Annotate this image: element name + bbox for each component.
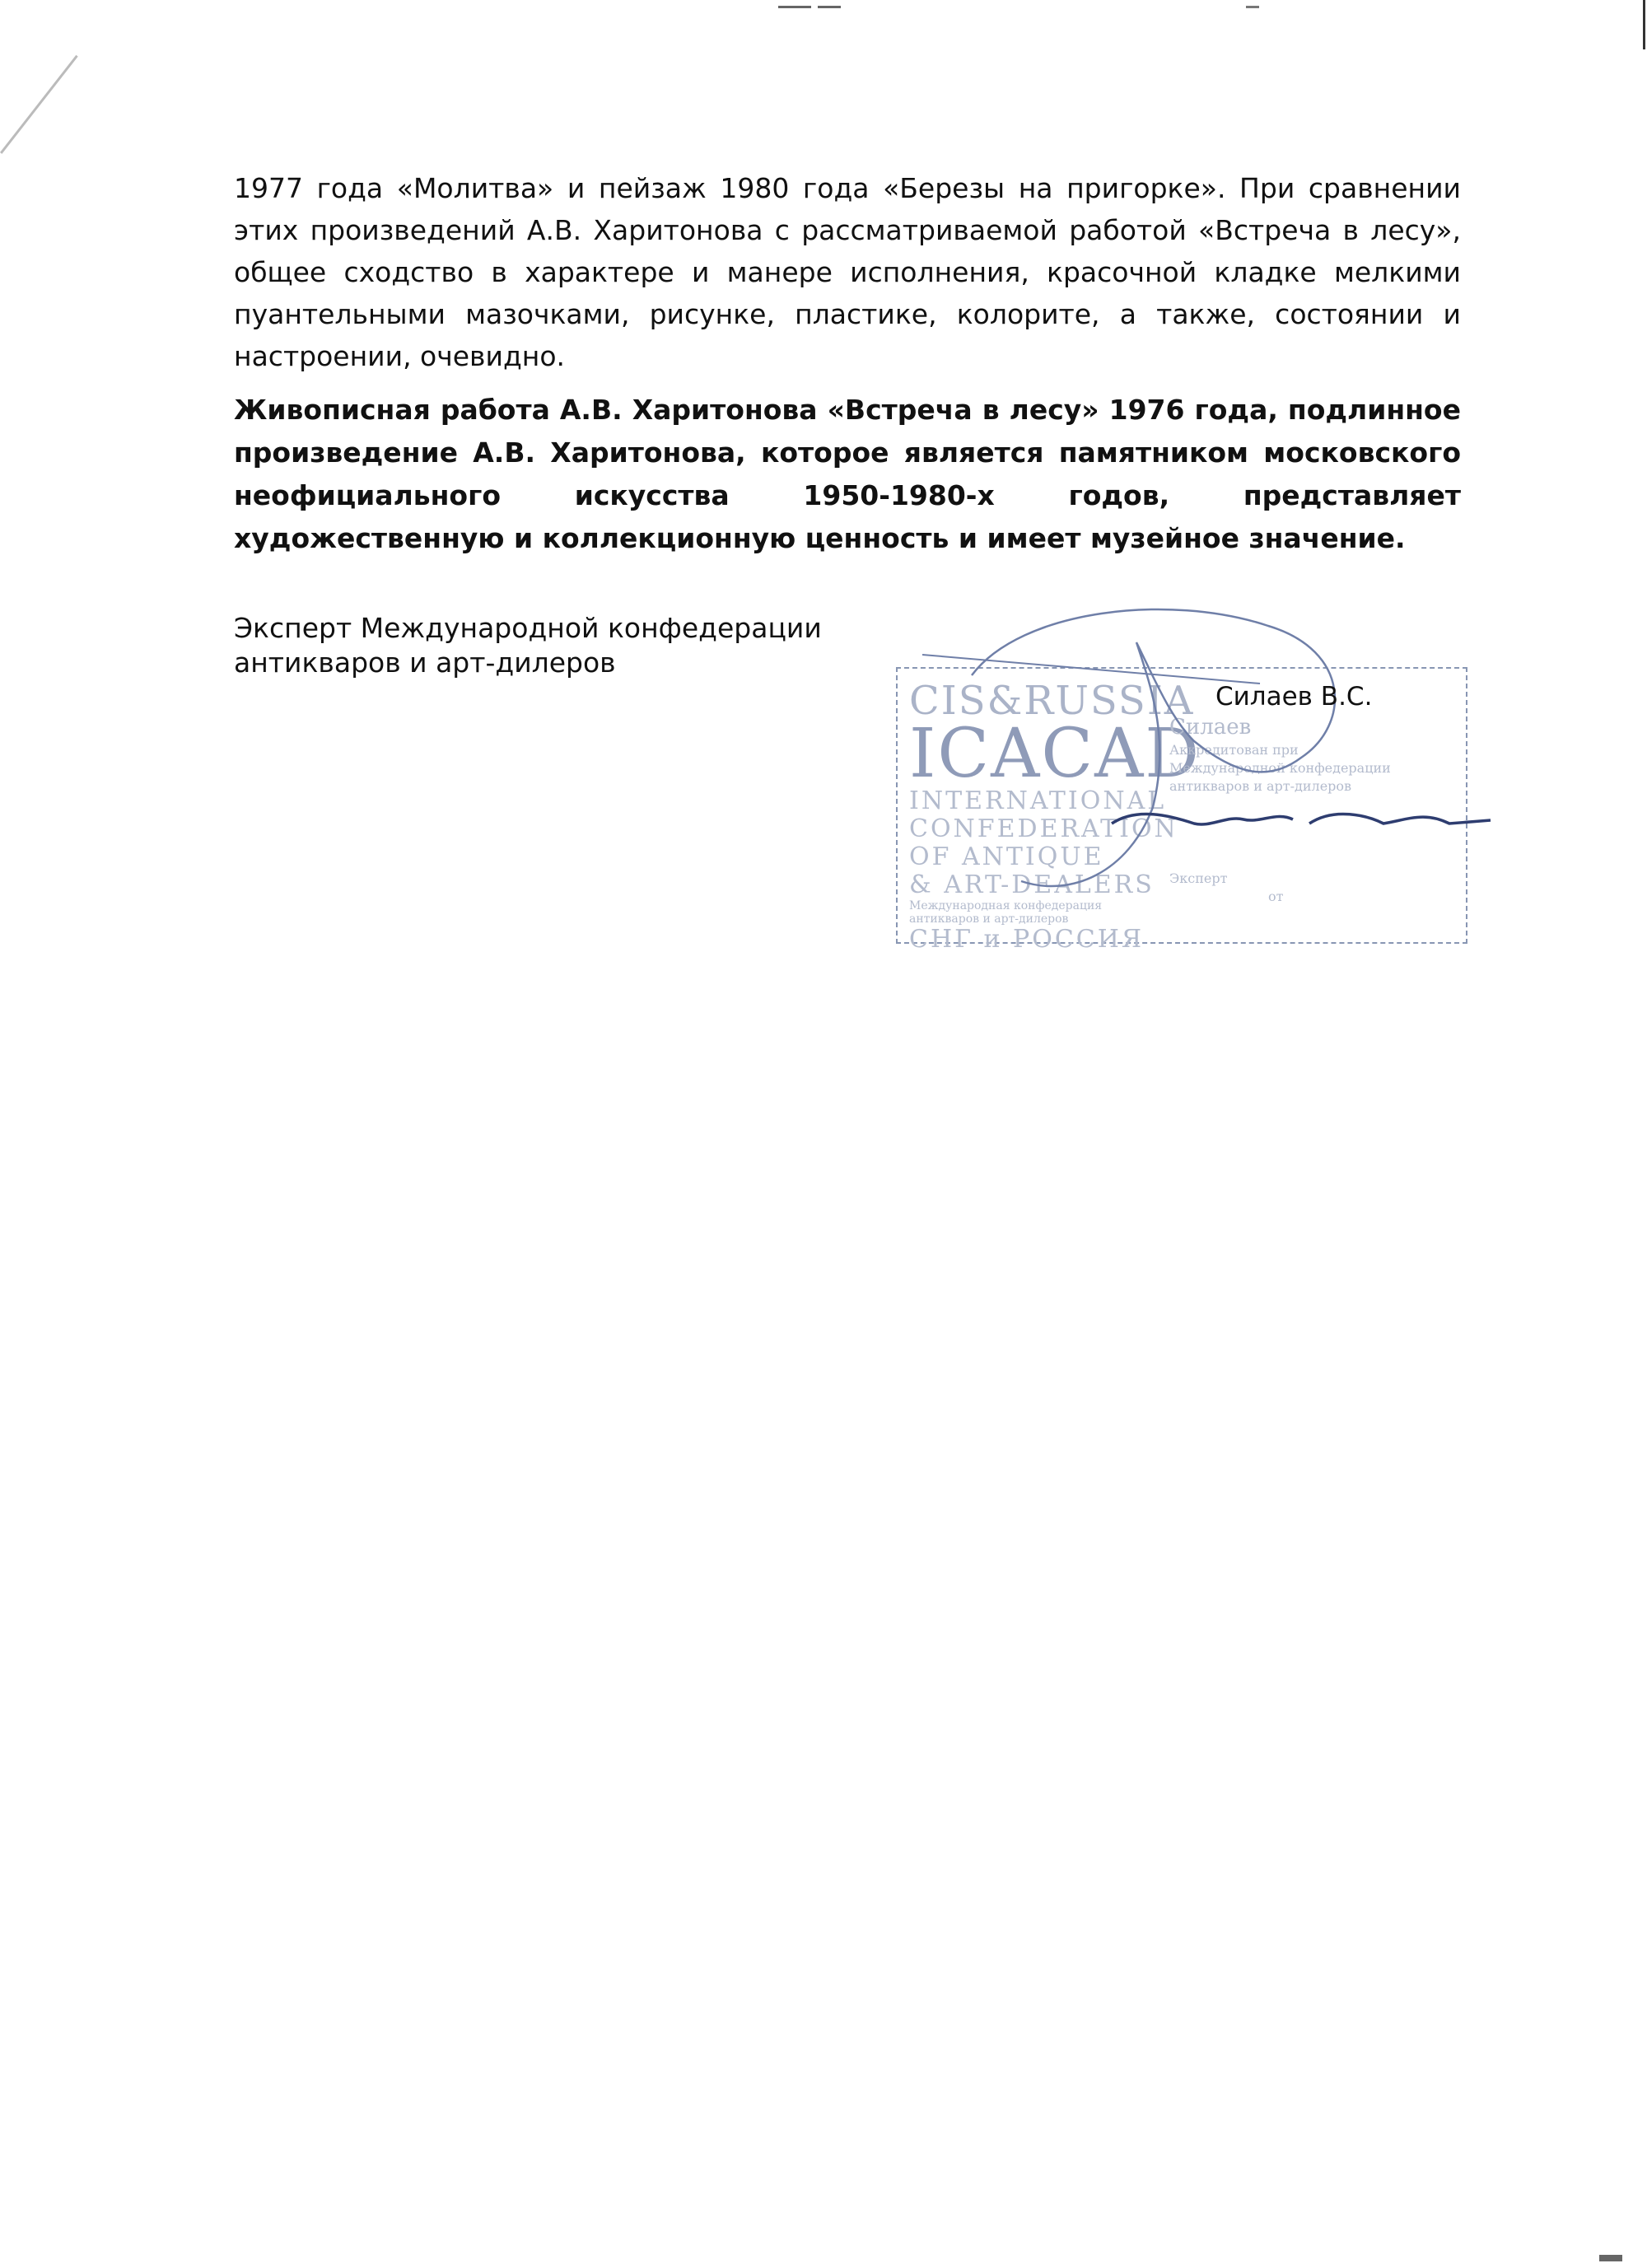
body-paragraph: 1977 года «Молитва» и пейзаж 1980 года «… (234, 167, 1461, 377)
stamp-line: & ART-DEALERS (909, 871, 1156, 899)
stamp-line: СНГ и РОССИЯ (909, 926, 1156, 954)
stamp-line: CONFEDERATION (909, 815, 1156, 843)
scan-artifact-top-left (0, 55, 78, 154)
stamp-text-block: Силаев Аккредитован при Международной ко… (1169, 684, 1458, 906)
stamp-line: антикваров и арт-дилеров (1169, 777, 1458, 796)
stamp-line: Международная конфедерация (909, 899, 1156, 912)
scan-artifact-top-1 (778, 6, 811, 8)
stamp-line: ICACAD (909, 721, 1156, 787)
stamp-logo-block: CIS&RUSSIA ICACAD INTERNATIONAL CONFEDER… (909, 680, 1156, 954)
stamp-line: от (1169, 888, 1458, 906)
expert-title: Эксперт Международной конфедерации антик… (234, 611, 822, 680)
stamp-line: INTERNATIONAL (909, 787, 1156, 815)
scan-artifact-right-edge (1643, 0, 1645, 49)
stamp-line: Эксперт (1169, 870, 1458, 888)
scan-artifact-top-2 (818, 6, 841, 8)
scan-artifact-bottom-right (1599, 2255, 1622, 2261)
expert-title-line-2: антикваров и арт-дилеров (234, 646, 822, 680)
stamp-line: Аккредитован при (1169, 741, 1458, 759)
stamp-line: Силаев (1169, 713, 1458, 741)
stamp-line: антикваров и арт-дилеров (909, 912, 1156, 926)
stamp-line: OF ANTIQUE (909, 843, 1156, 871)
scan-artifact-top-3 (1246, 6, 1259, 8)
expert-stamp: CIS&RUSSIA ICACAD INTERNATIONAL CONFEDER… (896, 667, 1467, 944)
expert-title-line-1: Эксперт Международной конфедерации (234, 611, 822, 646)
stamp-line: Международной конфедерации (1169, 759, 1458, 777)
signer-name: Силаев В.С. (1215, 680, 1372, 713)
conclusion-paragraph: Живописная работа А.В. Харитонова «Встре… (234, 389, 1461, 560)
document-page: 1977 года «Молитва» и пейзаж 1980 года «… (0, 0, 1647, 2268)
